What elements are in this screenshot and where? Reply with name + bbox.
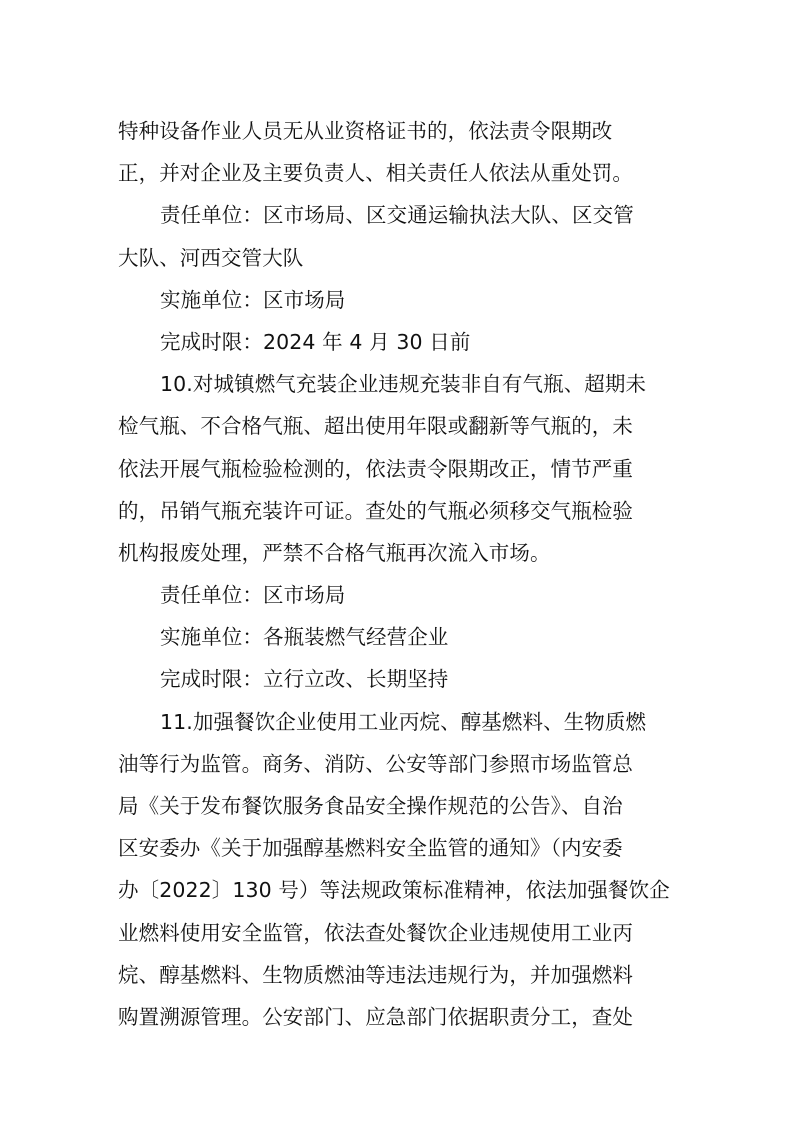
item-11-line-3: 局《关于发布餐饮服务食品安全操作规范的公告》、自治 xyxy=(118,785,678,827)
item-11-line-6: 业燃料使用安全监管，依法查处餐饮企业违规使用工业丙 xyxy=(118,912,678,954)
item-10-line-2: 检气瓶、不合格气瓶、超出使用年限或翻新等气瓶的，未 xyxy=(118,405,678,447)
item-11-line-2: 油等行为监管。商务、消防、公安等部门参照市场监管总 xyxy=(118,743,678,785)
item-10-line-5: 机构报废处理，严禁不合格气瓶再次流入市场。 xyxy=(118,532,678,574)
deadline-line: 完成时限：2024 年 4 月 30 日前 xyxy=(118,321,678,363)
item-10-responsible-unit: 责任单位：区市场局 xyxy=(118,574,678,616)
item-11-line-7: 烷、醇基燃料、生物质燃油等违法违规行为，并加强燃料 xyxy=(118,954,678,996)
document-page: 特种设备作业人员无从业资格证书的，依法责令限期改 正，并对企业及主要负责人、相关… xyxy=(0,0,793,1122)
item-10-deadline: 完成时限：立行立改、长期坚持 xyxy=(118,658,678,700)
document-body: 特种设备作业人员无从业资格证书的，依法责令限期改 正，并对企业及主要负责人、相关… xyxy=(118,110,678,1038)
paragraph-line-1: 特种设备作业人员无从业资格证书的，依法责令限期改 xyxy=(118,110,678,152)
paragraph-line-2: 正，并对企业及主要负责人、相关责任人依法从重处罚。 xyxy=(118,152,678,194)
item-10-implementing-unit: 实施单位：各瓶装燃气经营企业 xyxy=(118,616,678,658)
item-11-line-5: 办〔2022〕130 号）等法规政策标准精神，依法加强餐饮企 xyxy=(118,869,678,911)
responsible-unit-line-cont: 大队、河西交管大队 xyxy=(118,237,678,279)
item-11-line-8: 购置溯源管理。公安部门、应急部门依据职责分工，查处 xyxy=(118,996,678,1038)
responsible-unit-line: 责任单位：区市场局、区交通运输执法大队、区交管 xyxy=(118,194,678,236)
item-11-line-4: 区安委办《关于加强醇基燃料安全监管的通知》（内安委 xyxy=(118,827,678,869)
item-10-line-1: 10.对城镇燃气充装企业违规充装非自有气瓶、超期未 xyxy=(118,363,678,405)
item-10-line-3: 依法开展气瓶检验检测的，依法责令限期改正，情节严重 xyxy=(118,448,678,490)
implementing-unit-line: 实施单位：区市场局 xyxy=(118,279,678,321)
item-11-line-1: 11.加强餐饮企业使用工业丙烷、醇基燃料、生物质燃 xyxy=(118,701,678,743)
item-10-line-4: 的，吊销气瓶充装许可证。查处的气瓶必须移交气瓶检验 xyxy=(118,490,678,532)
